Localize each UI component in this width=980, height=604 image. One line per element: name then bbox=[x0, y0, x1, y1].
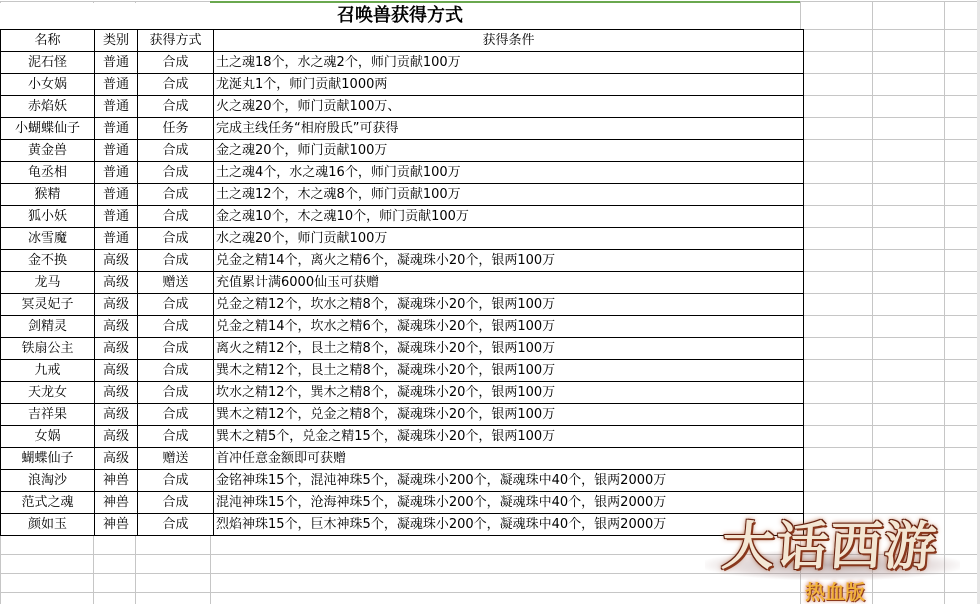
cell-type[interactable]: 高级 bbox=[95, 250, 138, 272]
table-row: 蝴蝶仙子高级赠送首冲任意金额即可获赠 bbox=[1, 448, 804, 470]
gridline bbox=[800, 183, 977, 184]
cell-name[interactable]: 冥灵妃子 bbox=[1, 294, 95, 316]
column-header-method[interactable]: 获得方式 bbox=[138, 30, 214, 52]
cell-method[interactable]: 合成 bbox=[138, 316, 214, 338]
cell-type[interactable]: 高级 bbox=[95, 360, 138, 382]
cell-name[interactable]: 赤焰妖 bbox=[1, 96, 95, 118]
gridline bbox=[800, 293, 977, 294]
table-header-row: 名称 类别 获得方式 获得条件 bbox=[1, 30, 804, 52]
cell-name[interactable]: 铁扇公主 bbox=[1, 338, 95, 360]
cell-method[interactable]: 合成 bbox=[138, 404, 214, 426]
cell-type[interactable]: 普通 bbox=[95, 52, 138, 74]
cell-method[interactable]: 任务 bbox=[138, 118, 214, 140]
cell-name[interactable]: 狐小妖 bbox=[1, 206, 95, 228]
table-row: 黄金兽普通合成金之魂20个，师门贡献100万 bbox=[1, 140, 804, 162]
cell-condition[interactable]: 龙涎丸1个，师门贡献1000两 bbox=[214, 74, 804, 96]
cell-method[interactable]: 合成 bbox=[138, 206, 214, 228]
cell-type[interactable]: 普通 bbox=[95, 206, 138, 228]
cell-method[interactable]: 合成 bbox=[138, 426, 214, 448]
cell-method[interactable]: 合成 bbox=[138, 360, 214, 382]
table-row: 浪淘沙神兽合成金铭神珠15个，混沌神珠5个，凝魂珠小200个，凝魂珠中40个，银… bbox=[1, 470, 804, 492]
cell-name[interactable]: 小女娲 bbox=[1, 74, 95, 96]
table-row: 狐小妖普通合成金之魂10个，木之魂10个，师门贡献100万 bbox=[1, 206, 804, 228]
gridline bbox=[800, 359, 977, 360]
cell-condition[interactable]: 巽木之精12个，艮土之精8个，凝魂珠小20个，银两100万 bbox=[214, 360, 804, 382]
column-header-type[interactable]: 类别 bbox=[95, 30, 138, 52]
table-row: 剑精灵高级合成兑金之精14个，坎水之精6个，凝魂珠小20个，银两100万 bbox=[1, 316, 804, 338]
gridline bbox=[800, 139, 977, 140]
cell-name[interactable]: 剑精灵 bbox=[1, 316, 95, 338]
cell-method[interactable]: 合成 bbox=[138, 184, 214, 206]
table-row: 冰雪魔普通合成水之魂20个，师门贡献100万 bbox=[1, 228, 804, 250]
cell-type[interactable]: 神兽 bbox=[95, 470, 138, 492]
cell-name[interactable]: 小蝴蝶仙子 bbox=[1, 118, 95, 140]
cell-method[interactable]: 合成 bbox=[138, 338, 214, 360]
cell-type[interactable]: 普通 bbox=[95, 184, 138, 206]
gridline bbox=[800, 271, 977, 272]
table-row: 颜如玉神兽合成烈焰神珠15个，巨木神珠5个，凝魂珠小200个，凝魂珠中40个，银… bbox=[1, 514, 804, 536]
gridline bbox=[800, 469, 977, 470]
cell-method[interactable]: 合成 bbox=[138, 294, 214, 316]
table-row: 龟丞相普通合成土之魂4个，水之魂16个，师门贡献100万 bbox=[1, 162, 804, 184]
gridline bbox=[800, 95, 977, 96]
cell-name[interactable]: 吉祥果 bbox=[1, 404, 95, 426]
cell-type[interactable]: 高级 bbox=[95, 294, 138, 316]
cell-type[interactable]: 普通 bbox=[95, 118, 138, 140]
cell-condition[interactable]: 坎水之精12个，巽木之精8个，凝魂珠小20个，银两100万 bbox=[214, 382, 804, 404]
table-row: 冥灵妃子高级合成兑金之精12个，坎水之精8个，凝魂珠小20个，银两100万 bbox=[1, 294, 804, 316]
table-row: 范式之魂神兽合成混沌神珠15个，沧海神珠5个，凝魂珠小200个，凝魂珠中40个，… bbox=[1, 492, 804, 514]
gridline bbox=[0, 592, 977, 593]
table-row: 天龙女高级合成坎水之精12个，巽木之精8个，凝魂珠小20个，银两100万 bbox=[1, 382, 804, 404]
cell-type[interactable]: 高级 bbox=[95, 316, 138, 338]
cell-name[interactable]: 蝴蝶仙子 bbox=[1, 448, 95, 470]
table-row: 吉祥果高级合成巽木之精12个，兑金之精8个，凝魂珠小20个，银两100万 bbox=[1, 404, 804, 426]
cell-method[interactable]: 合成 bbox=[138, 492, 214, 514]
cell-name[interactable]: 泥石怪 bbox=[1, 52, 95, 74]
cell-name[interactable]: 龟丞相 bbox=[1, 162, 95, 184]
cell-type[interactable]: 普通 bbox=[95, 74, 138, 96]
cell-condition[interactable]: 火之魂20个，师门贡献100万、 bbox=[214, 96, 804, 118]
cell-type[interactable]: 普通 bbox=[95, 162, 138, 184]
cell-name[interactable]: 金不换 bbox=[1, 250, 95, 272]
cell-name[interactable]: 颜如玉 bbox=[1, 514, 95, 536]
cell-condition[interactable]: 充值累计满6000仙玉可获赠 bbox=[214, 272, 804, 294]
gridline bbox=[800, 513, 977, 514]
cell-name[interactable]: 浪淘沙 bbox=[1, 470, 95, 492]
cell-method[interactable]: 合成 bbox=[138, 250, 214, 272]
cell-type[interactable]: 普通 bbox=[95, 140, 138, 162]
cell-name[interactable]: 冰雪魔 bbox=[1, 228, 95, 250]
cell-name[interactable]: 猴精 bbox=[1, 184, 95, 206]
gridline bbox=[800, 425, 977, 426]
cell-condition[interactable]: 兑金之精14个，离火之精6个，凝魂珠小20个，银两100万 bbox=[214, 250, 804, 272]
cell-method[interactable]: 合成 bbox=[138, 514, 214, 536]
gridline bbox=[800, 491, 977, 492]
table-row: 九戒高级合成巽木之精12个，艮土之精8个，凝魂珠小20个，银两100万 bbox=[1, 360, 804, 382]
cell-type[interactable]: 高级 bbox=[95, 272, 138, 294]
gridline bbox=[800, 337, 977, 338]
cell-condition[interactable]: 金之魂20个，师门贡献100万 bbox=[214, 140, 804, 162]
cell-condition[interactable]: 完成主线任务“相府殷氏”可获得 bbox=[214, 118, 804, 140]
cell-condition[interactable]: 巽木之精5个，兑金之精15个，凝魂珠小20个，银两100万 bbox=[214, 426, 804, 448]
table-row: 泥石怪普通合成土之魂18个，水之魂2个，师门贡献100万 bbox=[1, 52, 804, 74]
cell-condition[interactable]: 巽木之精12个，兑金之精8个，凝魂珠小20个，银两100万 bbox=[214, 404, 804, 426]
gridline bbox=[800, 205, 977, 206]
column-header-name[interactable]: 名称 bbox=[1, 30, 95, 52]
gridline bbox=[800, 315, 977, 316]
gridline bbox=[800, 249, 977, 250]
table-row: 铁扇公主高级合成离火之精12个，艮土之精8个，凝魂珠小20个，银两100万 bbox=[1, 338, 804, 360]
cell-type[interactable]: 高级 bbox=[95, 338, 138, 360]
cell-method[interactable]: 合成 bbox=[138, 382, 214, 404]
cell-condition[interactable]: 土之魂4个，水之魂16个，师门贡献100万 bbox=[214, 162, 804, 184]
cell-condition[interactable]: 土之魂18个，水之魂2个，师门贡献100万 bbox=[214, 52, 804, 74]
cell-name[interactable]: 女娲 bbox=[1, 426, 95, 448]
cell-method[interactable]: 合成 bbox=[138, 470, 214, 492]
cell-name[interactable]: 天龙女 bbox=[1, 382, 95, 404]
cell-method[interactable]: 合成 bbox=[138, 74, 214, 96]
gridline bbox=[800, 73, 977, 74]
cell-method[interactable]: 赠送 bbox=[138, 448, 214, 470]
gridline bbox=[0, 554, 977, 555]
cell-condition[interactable]: 土之魂12个，木之魂8个，师门贡献100万 bbox=[214, 184, 804, 206]
cell-method[interactable]: 合成 bbox=[138, 140, 214, 162]
table-row: 龙马高级赠送充值累计满6000仙玉可获赠 bbox=[1, 272, 804, 294]
gridline bbox=[800, 117, 977, 118]
sheet-title[interactable]: 召唤兽获得方式 bbox=[0, 3, 800, 29]
cell-name[interactable]: 范式之魂 bbox=[1, 492, 95, 514]
gridline bbox=[800, 51, 977, 52]
cell-method[interactable]: 赠送 bbox=[138, 272, 214, 294]
cell-type[interactable]: 普通 bbox=[95, 96, 138, 118]
cell-type[interactable]: 高级 bbox=[95, 448, 138, 470]
cell-condition[interactable]: 金之魂10个，木之魂10个，师门贡献100万 bbox=[214, 206, 804, 228]
cell-method[interactable]: 合成 bbox=[138, 52, 214, 74]
cell-condition[interactable]: 首冲任意金额即可获赠 bbox=[214, 448, 804, 470]
cell-method[interactable]: 合成 bbox=[138, 162, 214, 184]
cell-method[interactable]: 合成 bbox=[138, 96, 214, 118]
cell-name[interactable]: 九戒 bbox=[1, 360, 95, 382]
gridline bbox=[800, 161, 977, 162]
column-header-condition[interactable]: 获得条件 bbox=[214, 30, 804, 52]
cell-condition[interactable]: 水之魂20个，师门贡献100万 bbox=[214, 228, 804, 250]
cell-type[interactable]: 高级 bbox=[95, 426, 138, 448]
gridline bbox=[800, 381, 977, 382]
cell-condition[interactable]: 离火之精12个，艮土之精8个，凝魂珠小20个，银两100万 bbox=[214, 338, 804, 360]
table-row: 小蝴蝶仙子普通任务完成主线任务“相府殷氏”可获得 bbox=[1, 118, 804, 140]
cell-condition[interactable]: 烈焰神珠15个，巨木神珠5个，凝魂珠小200个，凝魂珠中40个，银两2000万 bbox=[214, 514, 804, 536]
gridline bbox=[800, 403, 977, 404]
cell-condition[interactable]: 兑金之精14个，坎水之精6个，凝魂珠小20个，银两100万 bbox=[214, 316, 804, 338]
cell-method[interactable]: 合成 bbox=[138, 228, 214, 250]
cell-name[interactable]: 龙马 bbox=[1, 272, 95, 294]
cell-type[interactable]: 神兽 bbox=[95, 514, 138, 536]
cell-type[interactable]: 普通 bbox=[95, 228, 138, 250]
table-row: 小女娲普通合成龙涎丸1个，师门贡献1000两 bbox=[1, 74, 804, 96]
cell-condition[interactable]: 金铭神珠15个，混沌神珠5个，凝魂珠小200个，凝魂珠中40个，银两2000万 bbox=[214, 470, 804, 492]
gridline bbox=[800, 227, 977, 228]
table-row: 金不换高级合成兑金之精14个，离火之精6个，凝魂珠小20个，银两100万 bbox=[1, 250, 804, 272]
cell-type[interactable]: 神兽 bbox=[95, 492, 138, 514]
cell-condition[interactable]: 兑金之精12个，坎水之精8个，凝魂珠小20个，银两100万 bbox=[214, 294, 804, 316]
table-row: 女娲高级合成巽木之精5个，兑金之精15个，凝魂珠小20个，银两100万 bbox=[1, 426, 804, 448]
table-row: 猴精普通合成土之魂12个，木之魂8个，师门贡献100万 bbox=[1, 184, 804, 206]
cell-type[interactable]: 高级 bbox=[95, 382, 138, 404]
gridline bbox=[0, 573, 977, 574]
gridline bbox=[800, 29, 977, 30]
cell-condition[interactable]: 混沌神珠15个，沧海神珠5个，凝魂珠小200个，凝魂珠中40个，银两2000万 bbox=[214, 492, 804, 514]
summon-beast-table: 名称 类别 获得方式 获得条件 泥石怪普通合成土之魂18个，水之魂2个，师门贡献… bbox=[0, 29, 804, 536]
cell-name[interactable]: 黄金兽 bbox=[1, 140, 95, 162]
table-row: 赤焰妖普通合成火之魂20个，师门贡献100万、 bbox=[1, 96, 804, 118]
gridline bbox=[800, 447, 977, 448]
cell-type[interactable]: 高级 bbox=[95, 404, 138, 426]
